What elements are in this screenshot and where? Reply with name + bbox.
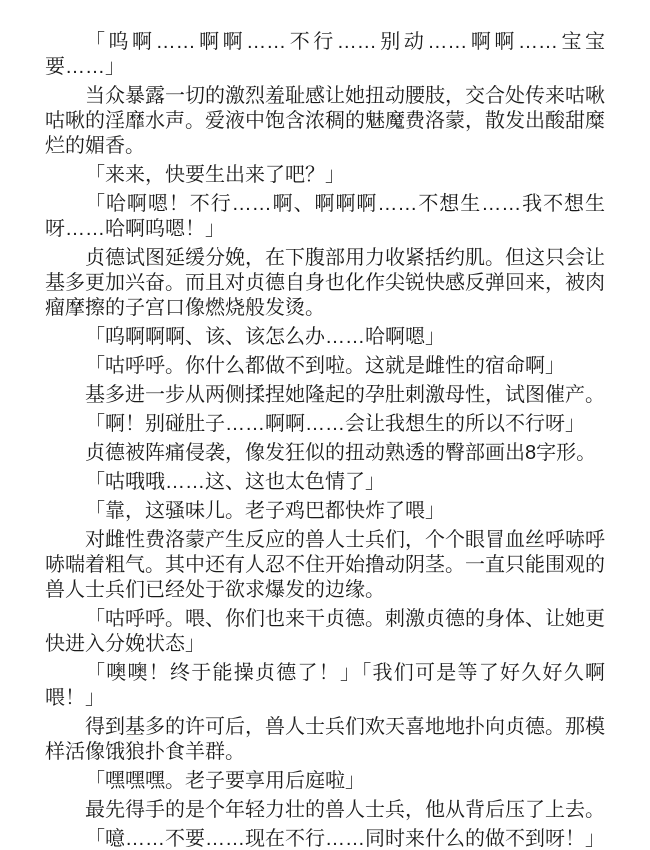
paragraph: 「来来，快要生出来了吧？」	[45, 163, 605, 188]
paragraph: 得到基多的许可后，兽人士兵们欢天喜地地扑向贞德。那模样活像饿狼扑食羊群。	[45, 715, 605, 765]
paragraph: 贞德试图延缓分娩，在下腹部用力收紧括约肌。但这只会让基多更加兴奋。而且对贞德自身…	[45, 246, 605, 321]
paragraph: 「啊！别碰肚子……啊啊……会让我想生的所以不行呀」	[45, 412, 605, 437]
paragraph: 「呜啊啊啊、该、该怎么办……哈啊嗯」	[45, 325, 605, 350]
paragraph: 「咕呼呼。喂、你们也来干贞德。刺激贞德的身体、让她更快进入分娩状态」	[45, 607, 605, 657]
paragraph: 基多进一步从两侧揉捏她隆起的孕肚刺激母性，试图催产。	[45, 383, 605, 408]
paragraph: 「咕哦哦……这、这也太色情了」	[45, 470, 605, 495]
paragraph: 「噫……不要……现在不行……同时来什么的做不到呀！」	[45, 827, 605, 850]
paragraph: 「呜啊……啊啊……不行……别动……啊啊……宝宝要……」	[45, 30, 605, 80]
paragraph: 「嘿嘿嘿。老子要享用后庭啦」	[45, 769, 605, 794]
paragraph: 「噢噢！终于能操贞德了！」「我们可是等了好久好久啊喂！」	[45, 661, 605, 711]
paragraph: 「哈啊嗯！不行……啊、啊啊啊……不想生……我不想生呀……哈啊呜嗯！」	[45, 192, 605, 242]
page: 「呜啊……啊啊……不行……别动……啊啊……宝宝要……」 当众暴露一切的激烈羞耻感…	[0, 0, 650, 850]
paragraph: 「咕呼呼。你什么都做不到啦。这就是雌性的宿命啊」	[45, 354, 605, 379]
paragraph: 「靠，这骚味儿。老子鸡巴都快炸了喂」	[45, 499, 605, 524]
paragraph: 最先得手的是个年轻力壮的兽人士兵，他从背后压了上去。	[45, 798, 605, 823]
paragraph: 当众暴露一切的激烈羞耻感让她扭动腰肢，交合处传来咕啾咕啾的淫靡水声。爱液中饱含浓…	[45, 84, 605, 159]
paragraph: 对雌性费洛蒙产生反应的兽人士兵们，个个眼冒血丝呼哧呼哧喘着粗气。其中还有人忍不住…	[45, 528, 605, 603]
paragraph: 贞德被阵痛侵袭，像发狂似的扭动熟透的臀部画出8字形。	[45, 441, 605, 466]
